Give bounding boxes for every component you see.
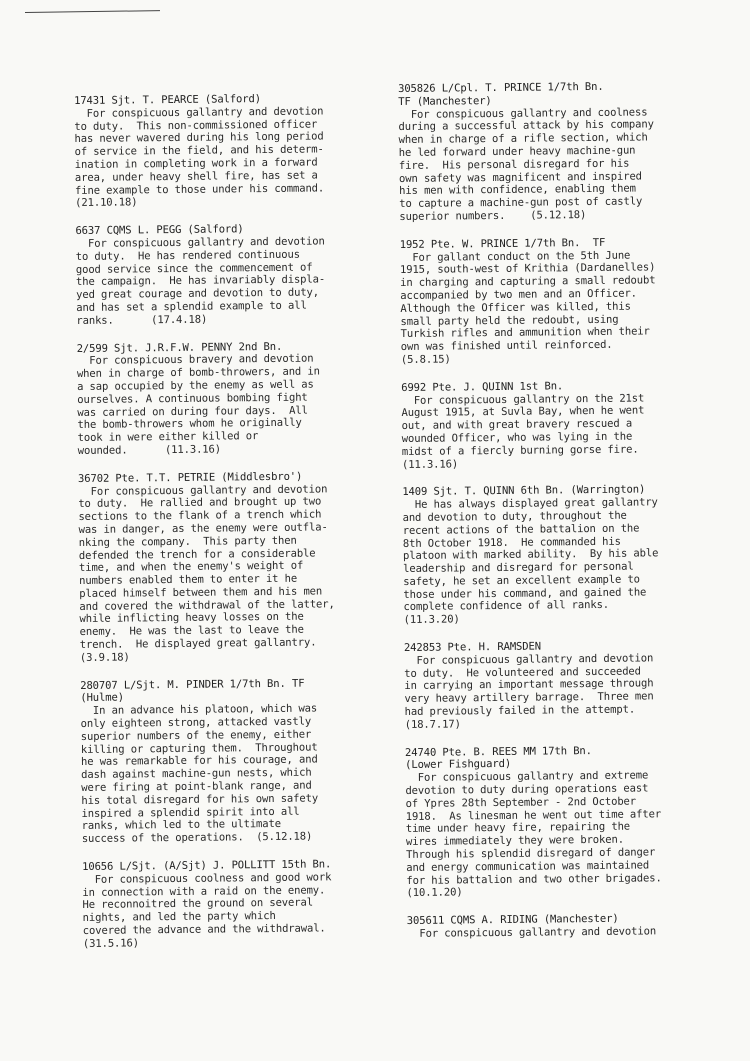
citation-entry: 1409 Sjt. T. QUINN 6th Bn. (Warrington) … xyxy=(402,483,713,627)
citation-entry: 24740 Pte. B. REES MM 17th Bn.(Lower Fis… xyxy=(405,743,717,900)
citation-entry: 6992 Pte. J. QUINN 1st Bn. For conspicuo… xyxy=(401,378,712,471)
citation-entry: 36702 Pte. T.T. PETRIE (Middlesbro') For… xyxy=(78,470,380,665)
right-column: 305826 L/Cpl. T. PRINCE 1/7th Bn.TF (Man… xyxy=(398,80,717,956)
citation-entry: 17431 Sjt. T. PEARCE (Salford) For consp… xyxy=(74,92,375,210)
citation-entry: 1952 Pte. W. PRINCE 1/7th Bn. TF For gal… xyxy=(400,236,711,367)
citation-text-line: (31.5.16) xyxy=(83,935,383,951)
citation-text-line: (18.7.17) xyxy=(405,716,715,732)
citation-text-line: success of the operations. (5.12.18) xyxy=(82,830,382,846)
citation-text-line: ranks. (17.4.18) xyxy=(76,312,376,328)
header-rule xyxy=(25,10,160,13)
citation-entry: 280707 L/Sjt. M. PINDER 1/7th Bn. TF(Hul… xyxy=(80,676,382,845)
citation-text-line: (21.10.18) xyxy=(75,194,375,210)
citation-text-line: (11.3.20) xyxy=(404,611,714,627)
citation-entry: 305826 L/Cpl. T. PRINCE 1/7th Bn.TF (Man… xyxy=(398,80,709,224)
citation-text-line: For conspicuous gallantry and devotion xyxy=(407,925,717,941)
citation-text-line: (11.3.16) xyxy=(402,455,712,471)
citation-text-line: (3.9.18) xyxy=(80,649,380,665)
citation-text-line: (10.1.20) xyxy=(406,884,716,900)
citation-text-line: (5.8.15) xyxy=(401,351,711,367)
citation-entry: 10656 L/Sjt. (A/Sjt) J. POLLITT 15th Bn.… xyxy=(82,858,383,951)
citation-entry: 305611 CQMS A. RIDING (Manchester) For c… xyxy=(407,912,717,941)
citation-text-line: wounded. (11.3.16) xyxy=(78,442,378,458)
citation-entry: 242853 Pte. H. RAMSDEN For conspicuous g… xyxy=(404,639,715,732)
citation-entry: 2/599 Sjt. J.R.F.W. PENNY 2nd Bn. For co… xyxy=(77,339,378,457)
citation-text-line: superior numbers. (5.12.18) xyxy=(399,208,709,224)
left-column: 17431 Sjt. T. PEARCE (Salford) For consp… xyxy=(74,92,383,966)
citation-entry: 6637 CQMS L. PEGG (Salford) For conspicu… xyxy=(75,222,376,328)
